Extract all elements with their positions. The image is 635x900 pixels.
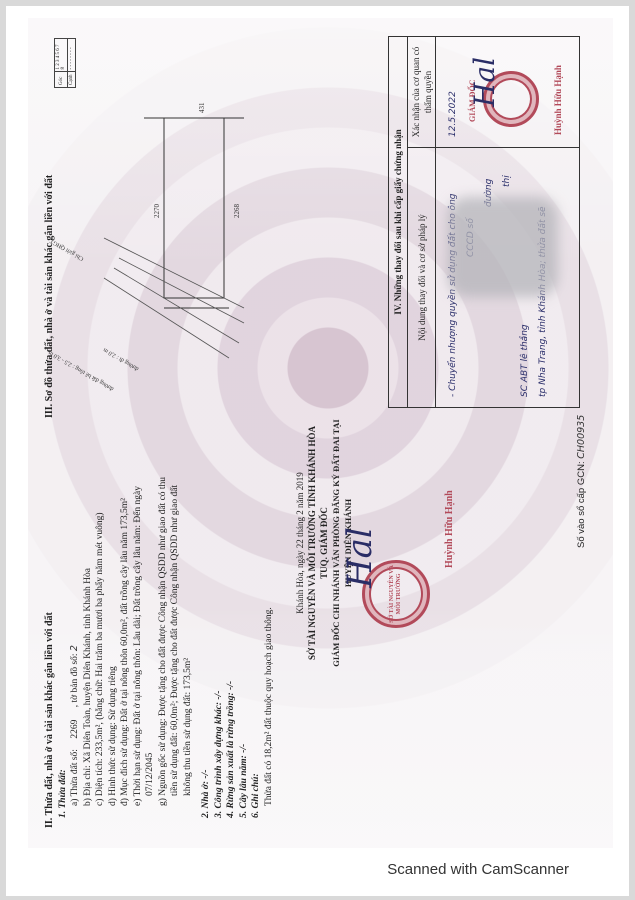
signer-title: TUQ. GIÁM ĐỐC — [318, 408, 330, 678]
usage-term-date: 07/12/2045 — [144, 428, 157, 828]
boundary-label: Chỉ giới QHGT — [49, 237, 85, 261]
registration-value: CH00935 — [576, 415, 587, 459]
section-iv-title: IV. Những thay đổi sau khi cấp giấy chứn… — [389, 37, 408, 407]
address: b) Địa chỉ: Xã Diên Toàn, huyện Diên Khá… — [82, 428, 95, 828]
change-content-column: Nội dung thay đổi và cơ sở pháp lý - Chu… — [408, 147, 579, 407]
perennial-trees: 5. Cây lâu năm: -/- — [238, 428, 251, 828]
section-ii-title: II. Thửa đất, nhà ở và tài sản khác gắn … — [44, 428, 57, 828]
parcel-diagram: 2270 2268 431 đường đất bê tông : 2,5 - … — [44, 38, 384, 418]
confirm-date: 12.5.2022 — [448, 91, 458, 137]
document-scan: II. Thửa đất, nhà ở và tài sản khác gắn … — [28, 18, 613, 848]
issuing-org: SỞ TÀI NGUYÊN VÀ MÔI TRƯỜNG TỈNH KHÁNH H… — [306, 408, 318, 678]
production-forest: 4. Rừng sản xuất là rừng trồng: -/- — [225, 428, 238, 828]
road-label-2: đường đi : 2,0 m — [102, 346, 140, 371]
origin-2: tiền sử dụng đất: 60,0m²; Được tặng cho … — [169, 428, 182, 828]
land-heading: 1. Thửa đất: — [57, 428, 70, 828]
map-sheet-number: 2 — [69, 645, 80, 651]
house: 2. Nhà ở: -/- — [200, 428, 213, 828]
road-label: đường đất bê tông : 2,5 - 3,0 m — [47, 349, 115, 392]
registration-number: Số vào sổ cấp GCN: CH00935 — [576, 415, 587, 548]
confirm-signature: Hal — [468, 57, 501, 107]
redacted-area — [448, 197, 558, 297]
parcel-number-north: 2270 — [153, 204, 161, 219]
area: c) Diện tích: 233,5m², (bằng chữ: Hai tr… — [94, 428, 107, 828]
confirmation-header: Xác nhận của cơ quan có thẩm quyền — [408, 37, 436, 147]
usage-form: d) Hình thức sử dụng: Sử dụng riêng — [107, 428, 120, 828]
corner-table: Góc1 2 3 4 5 6 7 8 Cạnh- - - - - - - - — [54, 38, 76, 88]
origin-3: không thu tiền sử dụng đất: 173,5m² — [182, 428, 195, 828]
usage-term: e) Thời hạn sử dụng: Đất ở tại nông thôn… — [132, 428, 145, 828]
scanner-watermark: Scanned with CamScanner — [387, 861, 569, 878]
signer-name: Huỳnh Hữu Hạnh — [444, 490, 457, 568]
land-certificate-sheet: II. Thửa đất, nhà ở và tài sản khác gắn … — [28, 18, 613, 848]
date-line: Khánh Hòa, ngày 22 tháng 2 năm 2019 — [294, 408, 306, 678]
section-ii: II. Thửa đất, nhà ở và tài sản khác gắn … — [44, 428, 604, 828]
other-construction: 3. Công trình xây dựng khác: -/- — [213, 428, 226, 828]
confirmation-column: Xác nhận của cơ quan có thẩm quyền 12.5.… — [408, 37, 579, 147]
usage-purpose: đ) Mục đích sử dụng: Đất ở tại nông thôn… — [119, 428, 132, 828]
parcel-number: 2269 — [70, 720, 80, 739]
section-iv-table: IV. Những thay đổi sau khi cấp giấy chứn… — [388, 36, 580, 408]
parcel-number-south: 2268 — [233, 204, 241, 219]
origin: g) Nguồn gốc sử dụng: Được tặng cho đất … — [157, 428, 170, 828]
notes-heading: 6. Ghi chú: — [250, 428, 263, 828]
confirm-signer: Huỳnh Hữu Hạnh — [553, 65, 563, 135]
signature: Hal — [354, 527, 367, 588]
parcel-number-east: 431 — [198, 102, 206, 113]
notes: Thửa đất có 18,2m² đất thuộc quy hoạch g… — [263, 428, 276, 828]
scan-page: II. Thửa đất, nhà ở và tài sản khác gắn … — [6, 6, 629, 896]
change-content-header: Nội dung thay đổi và cơ sở pháp lý — [408, 148, 436, 407]
parcel-line: a) Thửa đất số: 2269 , tờ bản đồ số: 2 — [69, 428, 82, 828]
